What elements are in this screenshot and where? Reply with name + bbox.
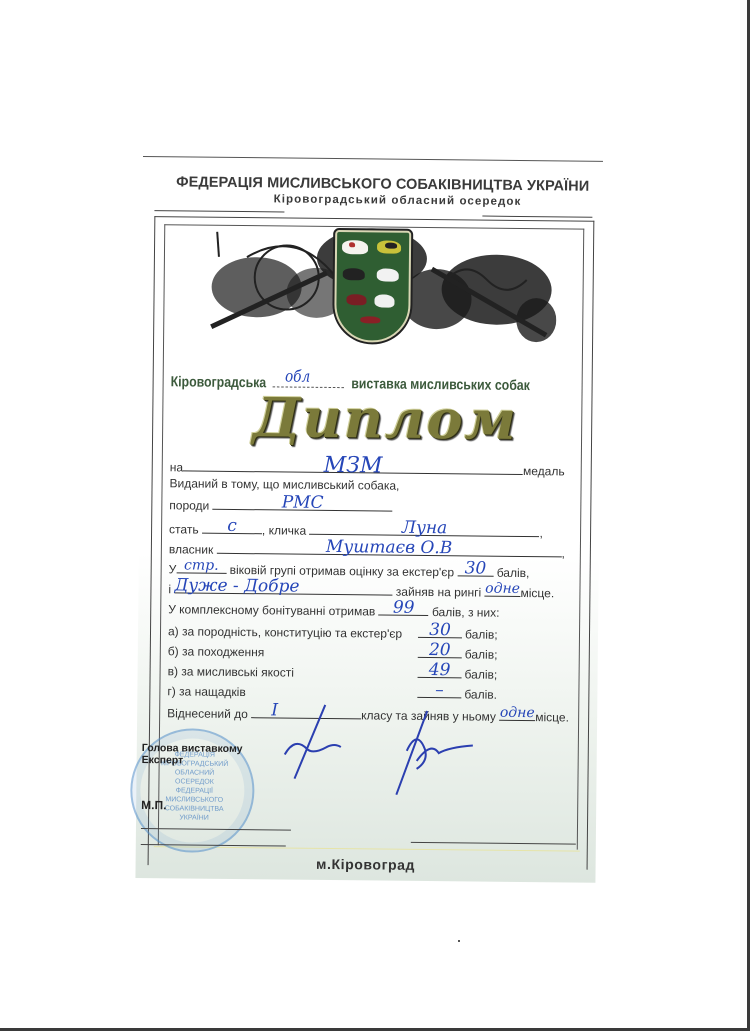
- breed-value: РМС: [213, 494, 393, 513]
- header-rule-left: [154, 210, 284, 212]
- exterior-score-field: 30: [457, 561, 493, 576]
- dog-terrier-icon: [374, 294, 394, 307]
- ring-place-suffix: місце.: [520, 586, 554, 600]
- branch-subtitle: Кіровоградський обласний осередок: [232, 193, 562, 208]
- scan-speck: [458, 940, 460, 942]
- chair-signature-icon: [276, 702, 347, 783]
- breakdown-field: 49: [418, 663, 462, 678]
- dog-setter-icon: [342, 240, 368, 254]
- federation-title: ФЕДЕРАЦІЯ МИСЛИВСЬКОГО СОБАКІВНИЦТВА УКР…: [168, 174, 598, 195]
- breakdown-row: г) за нащадків–балів.: [167, 680, 497, 701]
- age-group-field: стр.: [176, 558, 226, 574]
- breakdown-field: –: [417, 683, 461, 698]
- breakdown-row: б) за походження20балів;: [168, 640, 498, 661]
- complex-row: У комплексному бонітуванні отримав 99 ба…: [168, 598, 499, 619]
- dog-dachshund-icon: [360, 316, 380, 323]
- owner-value: Муштаєв О.В: [217, 538, 562, 559]
- name-field: Луна: [309, 520, 539, 537]
- breed-row: породи РМС: [169, 494, 392, 514]
- breed-field: РМС: [213, 495, 393, 512]
- dog-pointer-icon: [377, 268, 399, 281]
- class-place-suffix: місце.: [535, 710, 569, 724]
- breakdown-value: –: [417, 682, 461, 699]
- ring-place-value: одне: [485, 581, 521, 598]
- exterior-score-unit: балів,: [497, 566, 530, 580]
- expert-signature-icon: [386, 709, 477, 800]
- complex-field: 99: [379, 600, 429, 616]
- breakdown-value: 49: [418, 662, 462, 679]
- dog-spot: [349, 242, 355, 247]
- seal-label: М.П.: [141, 798, 166, 812]
- breakdown-field: 20: [418, 643, 462, 658]
- dog-spaniel-icon: [346, 294, 366, 305]
- medal-suffix: медаль: [523, 464, 565, 478]
- grade-prefix: і: [168, 582, 171, 596]
- diploma-title: Диплом: [245, 385, 526, 452]
- breakdown-unit: балів;: [465, 667, 498, 681]
- complex-suffix: балів, з них:: [432, 605, 500, 620]
- breakdown-unit: балів;: [465, 647, 498, 661]
- exterior-score-value: 30: [457, 560, 493, 577]
- owner-label: власник: [169, 542, 214, 556]
- breed-label: породи: [169, 498, 209, 512]
- breakdown-unit: балів.: [464, 687, 497, 701]
- complex-value: 99: [379, 599, 429, 617]
- name-label: , кличка: [262, 523, 306, 537]
- breakdown-row: а) за породність, конституцію та екстер'…: [168, 620, 498, 641]
- age-group-value: стр.: [176, 557, 226, 575]
- class-place-field: одне: [499, 706, 535, 721]
- sheet-top-edge: [143, 156, 603, 162]
- expert-label: Експерт: [142, 754, 184, 766]
- age-group-prefix: У: [169, 562, 177, 576]
- name-value: Луна: [309, 519, 539, 538]
- owner-field: Муштаєв О.В: [217, 539, 562, 558]
- breakdown-label: г) за нащадків: [167, 682, 417, 703]
- class-label: Віднесений до: [167, 706, 248, 721]
- complex-label: У комплексному бонітуванні отримав: [168, 602, 375, 618]
- class-place-value: одне: [499, 705, 535, 722]
- breakdown-value: 30: [418, 622, 462, 639]
- medal-label: на: [170, 460, 183, 474]
- exhibition-level-value: обл: [285, 366, 310, 385]
- sex-field: с: [202, 519, 262, 535]
- medal-field: МЗМ: [183, 456, 523, 475]
- breakdown-unit: балів;: [465, 627, 498, 641]
- grade-field: Дуже - Добре: [174, 578, 392, 595]
- grade-value: Дуже - Добре: [174, 577, 392, 596]
- breakdown-row: в) за мисливські якості49балів;: [168, 660, 498, 681]
- header-rule-right: [482, 216, 592, 218]
- dog-saddle: [385, 243, 397, 249]
- coat-of-arms: [334, 230, 411, 343]
- breakdown-field: 30: [418, 623, 462, 638]
- city-label: м.Кіровоград: [286, 856, 446, 874]
- medal-value: МЗМ: [183, 455, 523, 476]
- ring-place-field: одне: [485, 582, 521, 597]
- sex-label: стать: [169, 522, 199, 536]
- dog-laika-icon: [343, 268, 365, 280]
- breakdown-value: 20: [418, 642, 462, 659]
- chair-label: Голова виставкому: [142, 742, 243, 755]
- sex-value: с: [202, 518, 262, 536]
- diploma-sheet: ФЕДЕРАЦІЯ МИСЛИВСЬКОГО СОБАКІВНИЦТВА УКР…: [135, 156, 603, 883]
